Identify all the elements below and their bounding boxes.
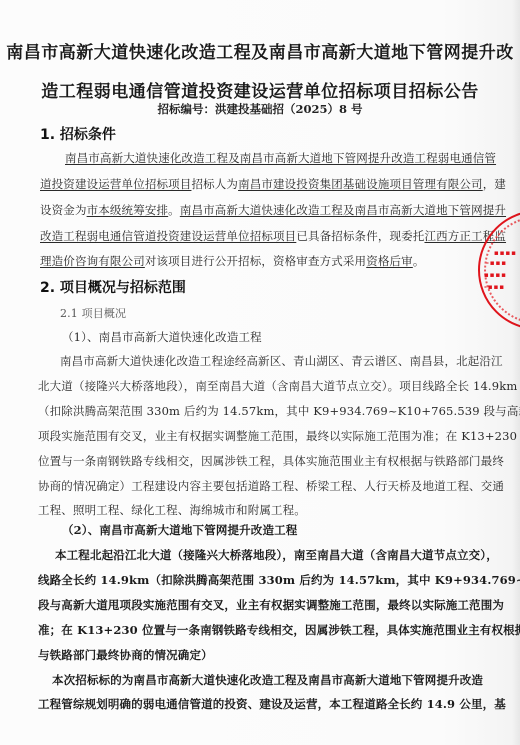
paragraph-line: 设资金为市本级统筹安排。南昌市高新大道快速化改造工程及南昌市高新大道地下管网提升 [40, 202, 506, 218]
underlined-field-value: 资格后审 [366, 254, 413, 268]
paragraph-line: 线路全长约 14.9km（扣除洪腾高架范围 330m 后约为 14.57km，其… [38, 572, 520, 588]
underlined-field-value: 道投资建设运营单位招标项目 [40, 177, 191, 191]
section-1-heading: 1. 招标条件 [40, 124, 116, 144]
item-2-heading: （2）、南昌市高新大道地下管网提升改造工程 [62, 522, 297, 538]
section-2-heading: 2. 项目概况与招标范围 [40, 277, 186, 297]
text-span: 已具备招标条件，现委托 [296, 229, 424, 243]
paragraph-line: 改造工程弱电通信管道投资建设运营单位招标项目已具备招标条件，现委托江西方正工程监 [40, 228, 506, 244]
bid-number: 招标编号：洪建投基础招（2025）8 号 [0, 101, 520, 117]
underlined-field-value: 市本级统筹安排 [87, 203, 169, 217]
document-page: 南昌市高新大道快速化改造工程及南昌市高新大道地下管网提升改 造工程弱电通信管道投… [0, 0, 520, 745]
seal-text-fragment: -▪▪▪ [486, 258, 507, 267]
text-span: 。 [168, 203, 180, 217]
underlined-field-value: 南昌市建设投资集团基础设施项目管理有限公司 [238, 177, 483, 191]
text-span: ，建 [483, 177, 506, 191]
text-span: 招标人为 [191, 177, 238, 191]
paragraph-line: 南昌市高新大道快速化改造工程及南昌市高新大道地下管网提升改造工程弱电通信管 [65, 150, 496, 166]
item-1-heading: （1）、南昌市高新大道快速化改造工程 [62, 329, 262, 345]
underlined-field-value: 理造价咨询有限公司 [40, 254, 145, 268]
paragraph-line: 协商的情况确定）工程建设内容主要包括道路工程、桥梁工程、人行天桥及地道工程、交通 [38, 478, 504, 494]
text-span: 设资金为 [40, 203, 87, 217]
paragraph-line: （扣除洪腾高架范围 330m 后约为 14.57km，其中 K9+934.769… [38, 403, 520, 419]
paragraph-line: 北大道（接隆兴大桥落地段），南至南昌大道（含南昌大道节点立交）。项目线路全长 1… [38, 378, 517, 394]
page-edge-shadow [512, 0, 520, 745]
seal-text-fragment: ▪▪▪▪ [484, 270, 507, 279]
paragraph-line: 本次招标标的为南昌市高新大道快速化改造工程及南昌市高新大道地下管网提升改造 [52, 672, 483, 688]
document-title-line-1: 南昌市高新大道快速化改造工程及南昌市高新大道地下管网提升改 [0, 38, 520, 63]
paragraph-line: 位置与一条南钢铁路专线相交，因属涉铁工程，具体实施范围业主有权根据与铁路部门最终 [38, 453, 504, 469]
underlined-field-value: 南昌市高新大道快速化改造工程及南昌市高新大道地下管网提升改造工程弱电通信管 [65, 151, 496, 165]
seal-text-fragment: -▪▪▪ [484, 282, 505, 291]
paragraph-line: 本工程北起沿江北大道（接隆兴大桥落地段），南至南昌大道（含南昌大道节点立交）， [55, 547, 498, 563]
underlined-field-value: 南昌市高新大道快速化改造工程及南昌市高新大道地下管网提升 [180, 203, 506, 217]
text-span: 。 [413, 254, 425, 268]
paragraph-line: 工程管综规划明确的弱电通信管道的投资、建设及运营，本工程道路全长约 14.9 公… [38, 696, 506, 712]
subsection-2-1-heading: 2.1 项目概况 [60, 305, 126, 321]
paragraph-line: 与铁路部门最终协商的情况确定） [38, 647, 213, 663]
paragraph-line: 理造价咨询有限公司对该项目进行公开招标，资格审查方式采用资格后审。 [40, 253, 424, 269]
paragraph-line: 工程、照明工程、绿化工程、海绵城市和附属工程。 [38, 502, 306, 518]
text-span: 对该项目进行公开招标，资格审查方式采用 [145, 254, 366, 268]
paragraph-line: 南昌市高新大道快速化改造工程途经高新区、青山湖区、青云谱区、南昌县，北起沿江 [60, 353, 503, 369]
underlined-field-value: 改造工程弱电通信管道投资建设运营单位招标项目 [40, 229, 296, 243]
paragraph-line: 项段实施范围有交叉，业主有权据实调整施工范围，最终以实际施工范围为准；在 K13… [38, 428, 517, 444]
paragraph-line: 道投资建设运营单位招标项目招标人为南昌市建设投资集团基础设施项目管理有限公司，建 [40, 176, 506, 192]
document-title-line-2: 造工程弱电通信管道投资建设运营单位招标项目招标公告 [0, 77, 520, 102]
paragraph-line: 准；在 K13+230 位置与一条南钢铁路专线相交，因属涉铁工程，具体实施范围业… [38, 622, 520, 638]
paragraph-line: 段与高新大道甩项段实施范围有交叉，业主有权据实调整施工范围，最终以实际施工范围为 [38, 597, 504, 613]
